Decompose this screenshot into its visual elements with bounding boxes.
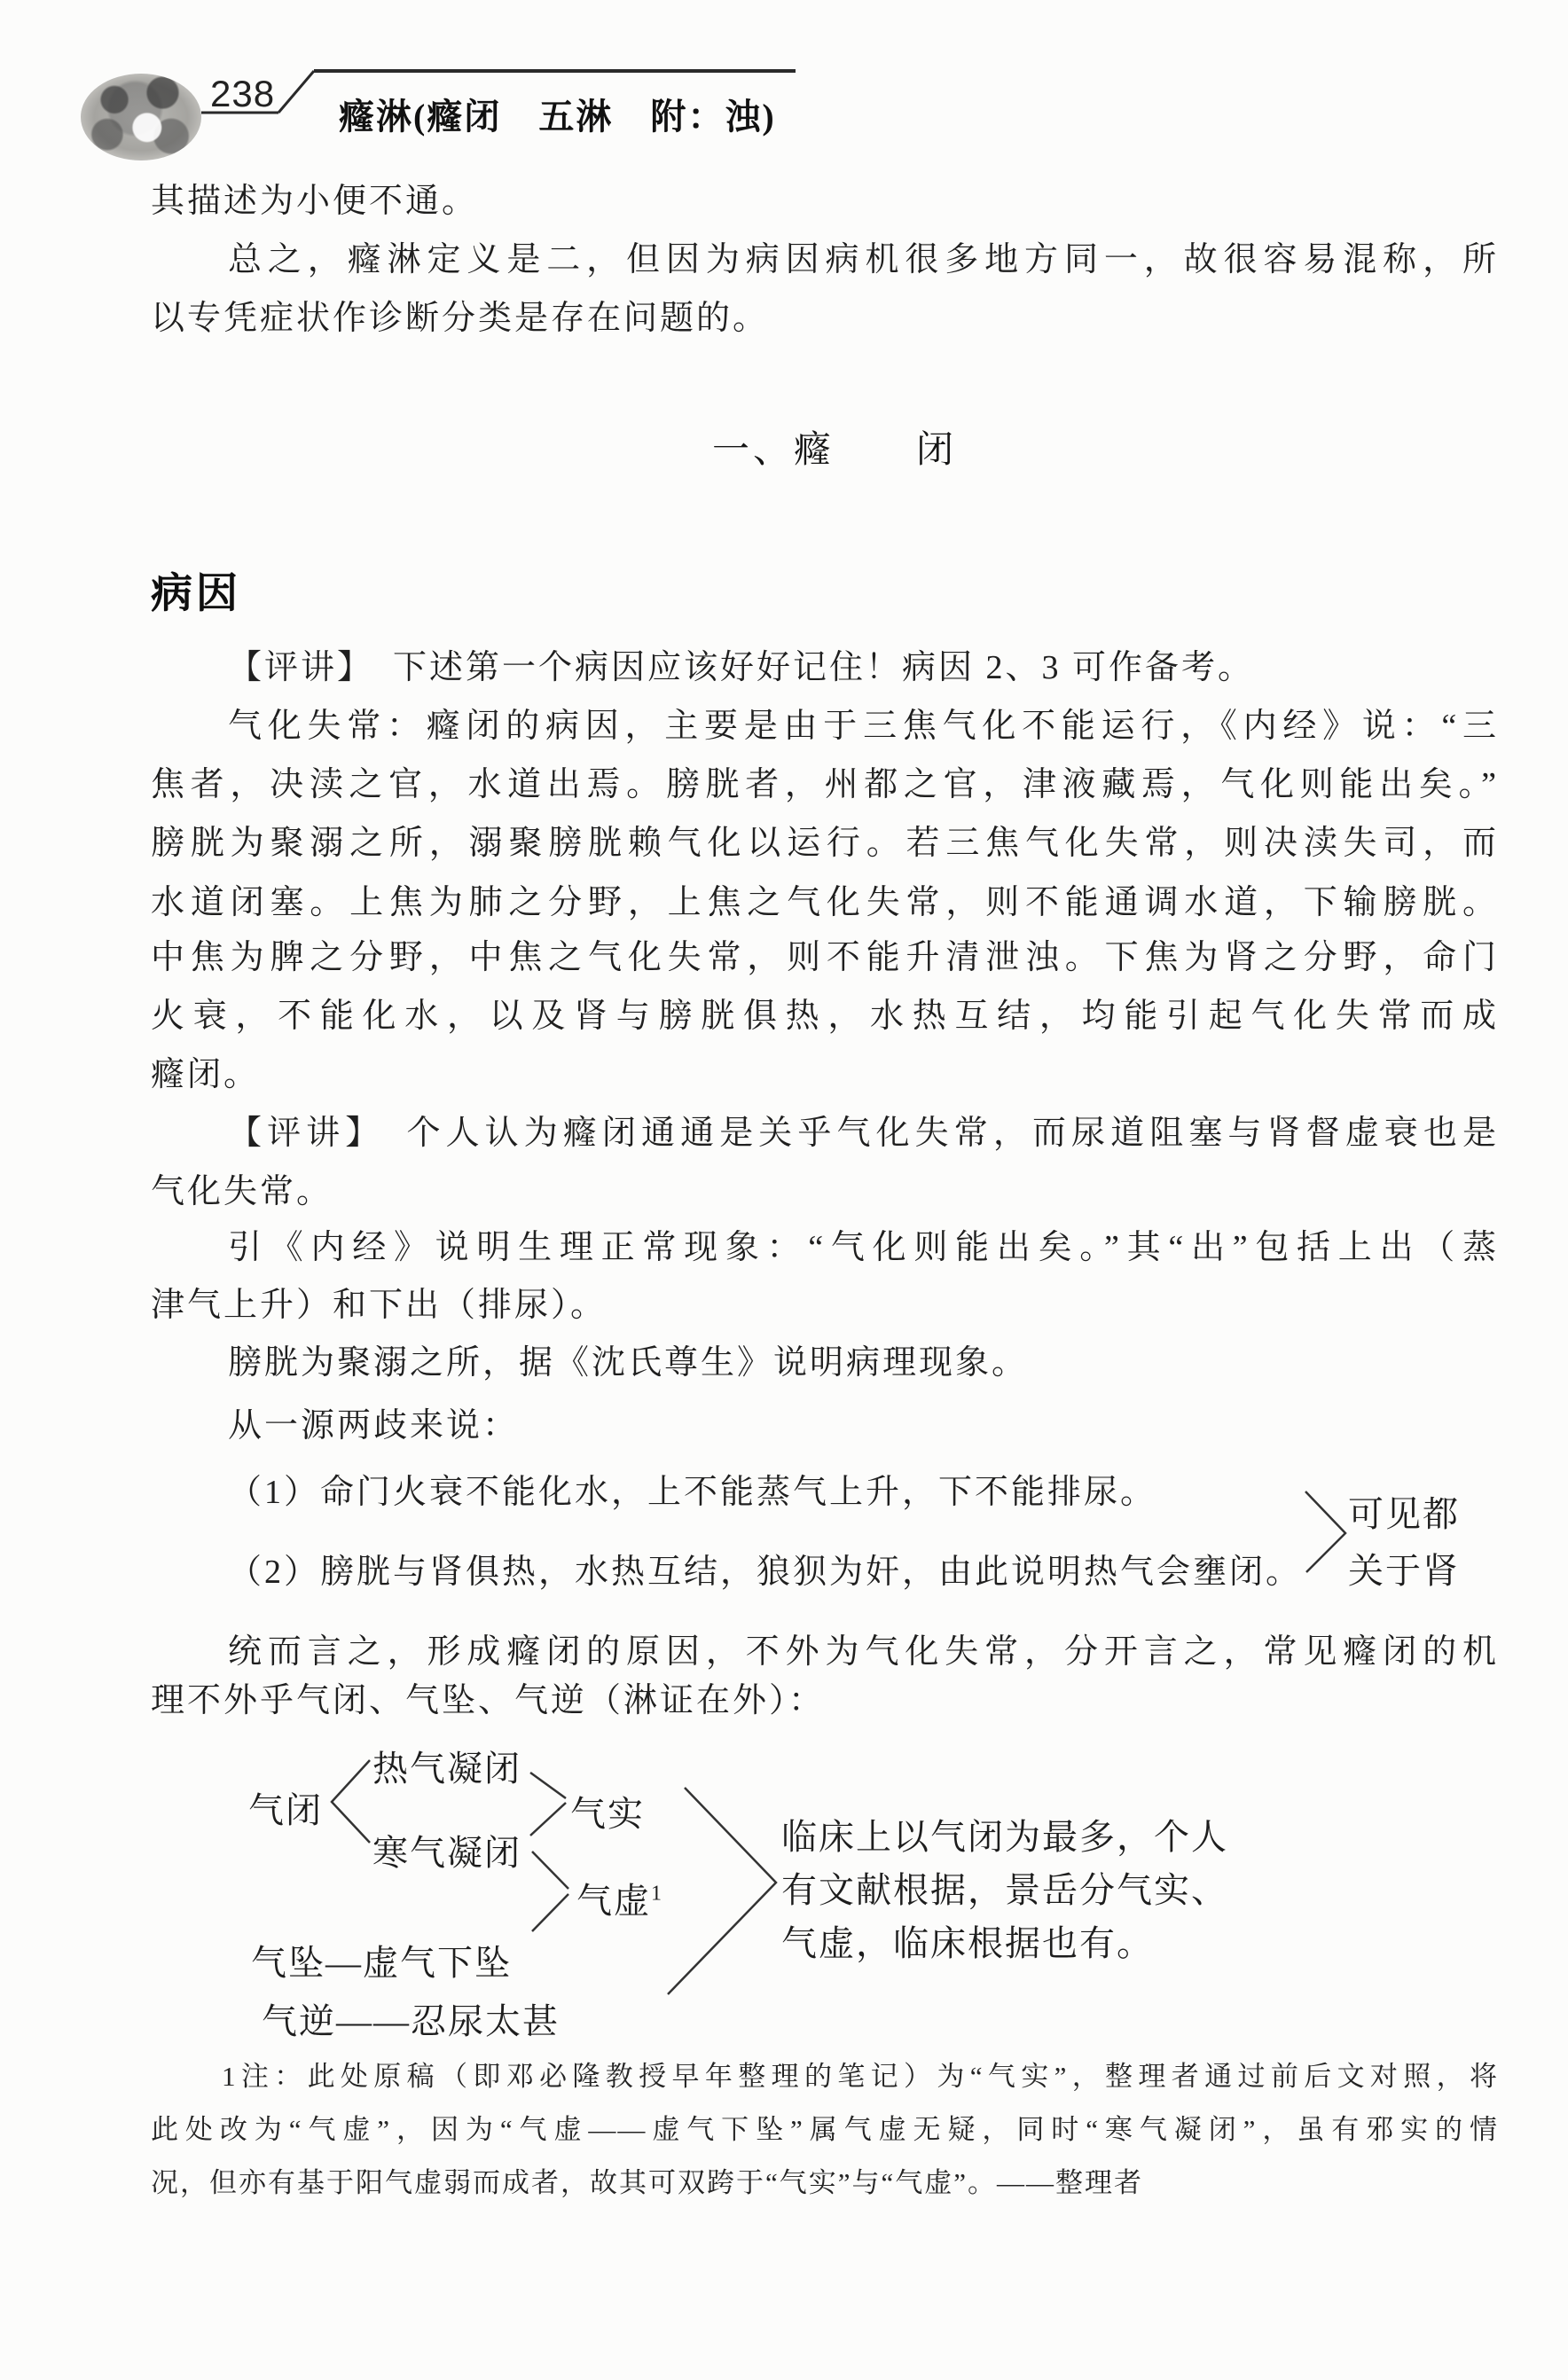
diagram-label-qizhui: 气坠—虚气下坠 <box>251 1935 512 1985</box>
page-number: 238 <box>210 73 275 115</box>
diagram-note-bracket <box>668 1788 776 1994</box>
list-item-1: （1）命门火衰不能化水，上不能蒸气上升，下不能排尿。 <box>228 1473 1156 1514</box>
qixu-footnote-mark: 1 <box>651 1883 663 1906</box>
line-hanqi-to-qishi <box>530 1803 566 1836</box>
body-line: 膀胱为聚溺之所，溺聚膀胱赖气化以运行。若三焦气化失常，则决渎失司，而 <box>151 824 1499 865</box>
diagram-label-reqi-ningbi: 热气凝闭 <box>372 1741 521 1791</box>
diagram-label-qibi: 气闭 <box>248 1782 323 1833</box>
side-note-bracket <box>1305 1491 1345 1572</box>
body-line: 从一源两歧来说： <box>228 1406 519 1447</box>
diagram-label-qishi: 气实 <box>570 1786 645 1836</box>
footnote-line: 1注：此处原稿（即邓必隆教授早年整理的笔记）为“气实”，整理者通过前后文对照，将 <box>222 2054 1499 2094</box>
footnote-line: 况，但亦有基于阳气虚弱而成者，故其可双跨于“气实”与“气虚”。——整理者 <box>151 2160 1143 2200</box>
diagram-note-line: 气虚，临床根据也有。 <box>781 1915 1154 1966</box>
side-note-text: 关于肾 <box>1348 1543 1460 1593</box>
intro-line: 其描述为小便不通。 <box>151 182 478 223</box>
diagram-label-hanqi-ningbi: 寒气凝闭 <box>372 1825 521 1875</box>
qibi-branch-bracket <box>332 1760 370 1843</box>
body-line: 引《内经》说明生理正常现象：“气化则能出矣。”其“出”包括上出（蒸 <box>228 1228 1499 1269</box>
body-line: 津气上升）和下出（排尿）。 <box>151 1286 607 1327</box>
book-page: 238 癃淋(癃闭 五淋 附：浊) 其描述为小便不通。 总之，癃淋定义是二，但因… <box>0 0 1568 2380</box>
line-hanqi-to-qixu <box>532 1852 568 1889</box>
side-note-text: 可见都 <box>1348 1486 1460 1537</box>
line-qizhui-to-qixu <box>532 1894 568 1931</box>
footnote-line: 此处改为“气虚”，因为“气虚——虚气下坠”属气虚无疑，同时“寒气凝闭”，虽有邪实… <box>151 2107 1499 2147</box>
section-heading: 一、癃 闭 <box>712 420 957 474</box>
body-line: 气化失常：癃闭的病因，主要是由于三焦气化不能运行，《内经》说：“三 <box>228 707 1499 748</box>
etiology-heading: 病因 <box>151 560 241 620</box>
qixu-text: 气虚 <box>576 1881 651 1921</box>
body-line: 统而言之，形成癃闭的原因，不外为气化失常，分开言之，常见癃闭的机 <box>228 1632 1499 1673</box>
body-line: 火衰，不能化水，以及肾与膀胱俱热，水热互结，均能引起气化失常而成 <box>151 997 1499 1037</box>
body-line: 中焦为脾之分野，中焦之气化失常，则不能升清泄浊。下焦为肾之分野，命门 <box>151 938 1499 979</box>
diagram-note-line: 临床上以气闭为最多，个人 <box>781 1809 1228 1859</box>
body-line: 焦者，决渎之官，水道出焉。膀胱者，州都之官，津液藏焉，气化则能出矣。” <box>151 765 1499 806</box>
body-line: 理不外乎气闭、气坠、气逆（淋证在外）： <box>151 1681 825 1722</box>
diagram-note-line: 有文献根据，景岳分气实、 <box>781 1862 1228 1913</box>
library-stamp-image <box>81 74 201 160</box>
diagram-label-qixu: 气虚1 <box>576 1873 663 1923</box>
chapter-title: 癃淋(癃闭 五淋 附：浊) <box>339 89 776 139</box>
body-line: 水道闭塞。上焦为肺之分野，上焦之气化失常，则不能通调水道，下输膀胱。 <box>151 883 1499 924</box>
comment-line: 气化失常。 <box>151 1172 333 1213</box>
body-line: 癃闭。 <box>151 1055 260 1096</box>
diagram-label-qini: 气逆——忍尿太甚 <box>262 1993 560 2044</box>
intro-line: 以专凭症状作诊断分类是存在问题的。 <box>151 299 769 340</box>
comment-line: 【评讲】 下述第一个病因应该好好记住！病因 2、3 可作备考。 <box>228 648 1254 689</box>
intro-line: 总之，癃淋定义是二，但因为病因病机很多地方同一，故很容易混称，所 <box>228 240 1499 281</box>
comment-line: 【评讲】 个人认为癃闭通通是关乎气化失常，而尿道阻塞与肾督虚衰也是 <box>228 1114 1499 1155</box>
list-item-2: （2）膀胱与肾俱热，水热互结，狼狈为奸，由此说明热气会壅闭。 <box>228 1553 1302 1593</box>
body-line: 膀胱为聚溺之所，据《沈氏尊生》说明病理现象。 <box>228 1343 1028 1384</box>
header-rule-diagonal <box>278 71 314 113</box>
line-reqi-to-qishi <box>530 1773 566 1798</box>
